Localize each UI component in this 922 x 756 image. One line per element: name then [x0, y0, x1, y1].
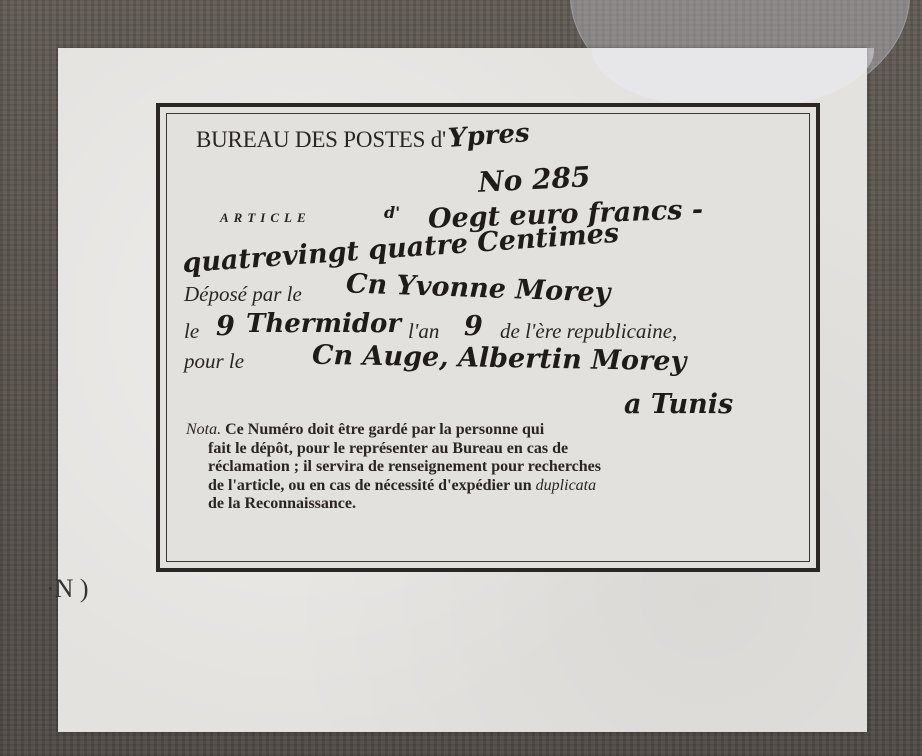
article-prefix: d' [384, 203, 400, 222]
handwritten-place: Ypres [447, 118, 531, 154]
receipt-frame: BUREAU DES POSTES d' Ypres No 285 ARTICL… [156, 103, 820, 572]
article-label: ARTICLE [220, 210, 311, 226]
nota-paragraph: Nota. Ce Numéro doit être gardé par la p… [186, 421, 798, 514]
date-month: Thermidor [246, 309, 401, 339]
nota-line4-text: de l'article, ou en cas de nécessité d'e… [208, 477, 536, 494]
nota-line1: Ce Numéro doit être gardé par la personn… [225, 421, 544, 438]
year-label: l'an [408, 319, 439, 344]
footer-mark: ·N ) [46, 574, 89, 604]
date-day: 9 [216, 311, 235, 342]
nota-line2: fait le dépôt, pour le représenter au Bu… [186, 440, 798, 459]
date-prefix: le [184, 319, 199, 344]
handwritten-number: No 285 [477, 160, 591, 199]
year-value: 9 [464, 311, 483, 342]
era-label: de l'ère republicaine, [500, 319, 677, 344]
nota-line5: de la Reconnaissance. [186, 495, 798, 514]
nota-line4: de l'article, ou en cas de nécessité d'e… [186, 477, 798, 496]
recipient-label: pour le [184, 349, 244, 374]
deposited-by-label: Déposé par le [184, 282, 302, 307]
recipient-value: Cn Auge, Albertin Morey [312, 340, 687, 378]
nota-label: Nota. [186, 421, 221, 438]
destination-value: a Tunis [624, 389, 733, 420]
bureau-title: BUREAU DES POSTES d' [196, 127, 446, 153]
nota-line3: réclamation ; il servira de renseignemen… [186, 458, 798, 477]
nota-duplicata: duplicata [536, 477, 596, 494]
